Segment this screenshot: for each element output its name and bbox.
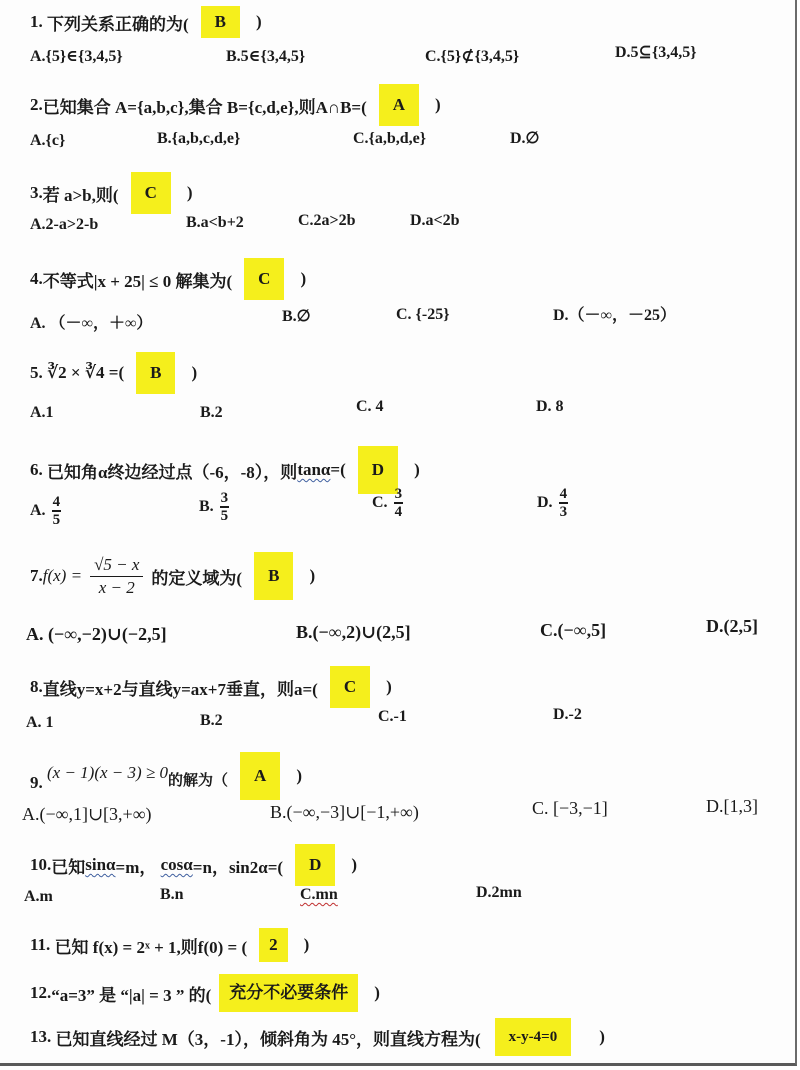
question-number: 9. — [30, 773, 43, 793]
option-a: A.m — [24, 888, 53, 906]
worksheet-page: 1. 下列关系正确的为( B ) A.{5}∈{3,4,5} B.5∈{3,4,… — [0, 0, 797, 1066]
option-b: B.n — [160, 886, 184, 904]
numerator: 3 — [394, 486, 404, 504]
option-c: C.{a,b,d,e} — [353, 130, 426, 148]
question-number: 11. — [30, 935, 50, 955]
fraction: 45 — [52, 494, 62, 528]
option-c: C.2a>2b — [298, 212, 356, 230]
answer-highlight: B — [254, 552, 293, 600]
question-number: 13. — [30, 1027, 51, 1047]
denominator: x − 2 — [99, 577, 135, 599]
close-paren: ) — [309, 566, 315, 586]
close-paren: ) — [300, 269, 306, 289]
option-label: B. — [199, 498, 214, 516]
option-d: D. 43 — [537, 486, 568, 520]
close-paren: ) — [304, 935, 310, 955]
question-7: 7. f(x) = √5 − xx − 2 的定义域为( B ) — [30, 552, 315, 600]
option-d: D. 8 — [536, 398, 564, 416]
option-d: D.（－∞，－25） — [553, 302, 676, 325]
numerator: 4 — [52, 494, 62, 512]
question-stem: 的定义域为( — [151, 564, 242, 589]
question-1: 1. 下列关系正确的为( B ) — [30, 6, 262, 38]
close-paren: ) — [414, 460, 420, 480]
close-paren: ) — [351, 855, 357, 875]
question-6: 6. 已知角α终边经过点（-6，-8），则 tanα =( D ) — [30, 446, 420, 494]
option-a: A.2-a>2-b — [30, 216, 98, 234]
option-a: A.1 — [30, 404, 54, 422]
option-a: A. 45 — [30, 494, 61, 528]
question-number: 7. — [30, 566, 43, 586]
question-9: 9. (x − 1)(x − 3) ≥ 0 的解为（ A ) — [30, 752, 302, 800]
question-number: 5. — [30, 363, 43, 383]
option-d: D.2mn — [476, 884, 522, 902]
denominator: 5 — [53, 512, 61, 528]
answer-highlight: C — [244, 258, 284, 300]
answer-highlight: 充分不必要条件 — [219, 974, 358, 1012]
option-b: B. 35 — [199, 490, 229, 524]
question-number: 12. — [30, 983, 51, 1003]
question-8: 8. 直线y=x+2与直线y=ax+7垂直，则a=( C ) — [30, 666, 392, 708]
option-c: C.mn — [300, 886, 338, 904]
question-13: 13. 已知直线经过 M（3，-1），倾斜角为 45°，则直线方程为( x-y-… — [30, 1018, 605, 1056]
denominator: 5 — [221, 508, 229, 524]
denominator: 3 — [560, 504, 568, 520]
question-12: 12. “a=3” 是 “|a| = 3 ” 的( 充分不必要条件 ) — [30, 974, 380, 1012]
option-a: A.{5}∈{3,4,5} — [30, 46, 123, 66]
option-label: D. — [537, 494, 553, 512]
cos-alpha-term: cosα — [161, 855, 193, 875]
question-5: 5. ∛2 × ∛4 =( B ) — [30, 352, 197, 394]
question-stem: 已知 — [51, 853, 85, 878]
close-paren: ) — [191, 363, 197, 383]
option-a: A. (−∞,−2)∪(−2,5] — [26, 624, 167, 645]
question-10: 10. 已知 sinα =m， cosα =n，sin2α=( D ) — [30, 844, 357, 886]
option-d: D.[1,3] — [706, 796, 758, 817]
option-label: A. — [30, 502, 46, 520]
question-number: 8. — [30, 677, 43, 697]
option-a: A. 1 — [26, 714, 54, 732]
close-paren: ) — [187, 183, 193, 203]
question-number: 1. — [30, 12, 43, 32]
answer-highlight: C — [131, 172, 171, 214]
question-stem: 若 a>b,则( — [43, 181, 119, 206]
question-2: 2. 已知集合 A={a,b,c},集合 B={c,d,e},则A∩B=( A … — [30, 84, 441, 126]
question-number: 10. — [30, 855, 51, 875]
option-a: A. （－∞，＋∞） — [30, 310, 152, 333]
sin-equals: =m， — [116, 853, 157, 878]
option-b: B.2 — [200, 404, 223, 422]
answer-highlight: D — [295, 844, 335, 886]
option-d: D.∅ — [510, 128, 540, 148]
option-c: C.(−∞,5] — [540, 620, 606, 641]
answer-highlight: C — [330, 666, 370, 708]
sin-alpha-term: sinα — [85, 855, 115, 875]
option-c: C.-1 — [378, 708, 407, 726]
close-paren: ) — [599, 1027, 605, 1047]
question-stem: 已知角α终边经过点（-6，-8），则 — [47, 458, 297, 483]
fraction: 43 — [559, 486, 569, 520]
close-paren: ) — [256, 12, 262, 32]
close-paren: ) — [386, 677, 392, 697]
question-stem: 不等式|x + 25| ≤ 0 解集为( — [43, 267, 232, 292]
numerator: √5 − x — [90, 554, 143, 577]
denominator: 4 — [395, 504, 403, 520]
answer-highlight: B — [136, 352, 175, 394]
question-stem: 已知直线经过 M（3，-1），倾斜角为 45°，则直线方程为( — [56, 1025, 481, 1050]
option-label: C. — [372, 494, 388, 512]
option-c: C. {-25} — [396, 306, 450, 324]
question-number: 2. — [30, 95, 43, 115]
answer-highlight: B — [201, 6, 240, 38]
question-stem: ∛2 × ∛4 =( — [47, 363, 124, 383]
option-b: B.(−∞,−3]∪[−1,+∞) — [270, 802, 419, 823]
option-b: B.(−∞,2)∪(2,5] — [296, 622, 411, 643]
close-paren: ) — [296, 766, 302, 786]
function-label: f(x) = — [43, 566, 82, 586]
option-c: C. 34 — [372, 486, 403, 520]
question-number: 6. — [30, 460, 43, 480]
close-paren: ) — [435, 95, 441, 115]
answer-highlight: A — [379, 84, 419, 126]
option-c: C. 4 — [356, 398, 384, 416]
question-stem: 下列关系正确的为( — [47, 10, 189, 35]
option-b: B.∅ — [282, 306, 311, 326]
option-d: D.(2,5] — [706, 616, 758, 637]
numerator: 4 — [559, 486, 569, 504]
option-c: C.{5}⊄{3,4,5} — [425, 46, 519, 66]
option-b: B.2 — [200, 712, 223, 730]
question-stem: 已知集合 A={a,b,c},集合 B={c,d,e},则A∩B=( — [43, 93, 367, 118]
answer-highlight: x-y-4=0 — [495, 1018, 572, 1056]
option-c: C. [−3,−1] — [532, 798, 608, 819]
question-3: 3. 若 a>b,则( C ) — [30, 172, 193, 214]
option-a: A.(−∞,1]∪[3,+∞) — [22, 804, 152, 825]
question-stem: 已知 f(x) = 2ˣ + 1,则f(0) = ( — [55, 933, 248, 958]
inequality-expression: (x − 1)(x − 3) ≥ 0 — [47, 763, 168, 783]
tan-alpha-term: tanα — [297, 460, 330, 480]
question-number: 3. — [30, 183, 43, 203]
option-a: A.{c} — [30, 132, 65, 150]
question-4: 4. 不等式|x + 25| ≤ 0 解集为( C ) — [30, 258, 306, 300]
question-stem: “a=3” 是 “|a| = 3 ” 的( — [51, 981, 211, 1006]
option-b: B.5∈{3,4,5} — [226, 46, 305, 66]
question-stem: 的解为（ — [168, 769, 228, 790]
answer-highlight: 2 — [259, 928, 288, 962]
fraction: 35 — [220, 490, 230, 524]
option-d: D.-2 — [553, 706, 582, 724]
option-b: B.a<b+2 — [186, 214, 244, 232]
equals-paren: =( — [330, 460, 345, 480]
question-number: 4. — [30, 269, 43, 289]
numerator: 3 — [220, 490, 230, 508]
option-d: D.a<2b — [410, 212, 460, 230]
option-b: B.{a,b,c,d,e} — [157, 130, 240, 148]
option-d: D.5⊆{3,4,5} — [615, 42, 697, 62]
fraction-expression: √5 − xx − 2 — [90, 554, 143, 599]
close-paren: ) — [374, 983, 380, 1003]
cos-equals: =n，sin2α=( — [193, 853, 283, 878]
question-11: 11. 已知 f(x) = 2ˣ + 1,则f(0) = ( 2 ) — [30, 928, 309, 962]
question-stem: 直线y=x+2与直线y=ax+7垂直，则a=( — [43, 675, 318, 700]
answer-highlight: A — [240, 752, 280, 800]
fraction: 34 — [394, 486, 404, 520]
